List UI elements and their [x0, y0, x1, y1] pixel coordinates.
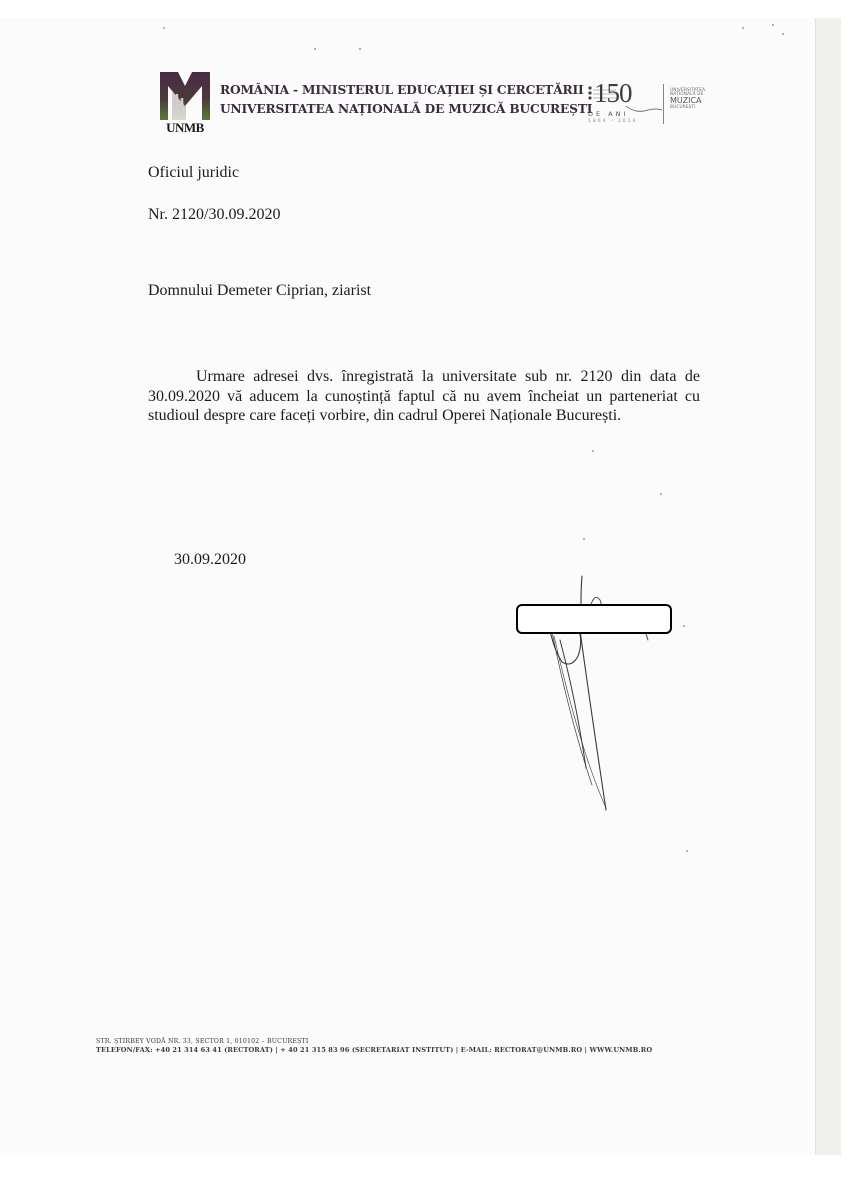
recipient-line: Domnului Demeter Ciprian, ziarist	[148, 282, 371, 300]
scan-speck	[686, 850, 688, 852]
reference-number: Nr. 2120/30.09.2020	[148, 206, 280, 224]
anniversary-number: 150	[594, 78, 632, 109]
letterhead-divider	[663, 84, 664, 124]
department-name: Oficiul juridic	[148, 164, 239, 182]
logo-caption: UNMB	[158, 120, 212, 136]
signature-redaction-box	[516, 604, 672, 634]
scan-speck	[592, 450, 594, 452]
anniversary-years: 1864 - 2014	[588, 119, 637, 124]
body-paragraph: Urmare adresei dvs. înregistrată la univ…	[148, 367, 700, 426]
unmb-logo: UNMB	[158, 70, 212, 134]
anniversary-logo: 150 DE ANI 1864 - 2014	[586, 80, 666, 126]
letterhead: UNMB ROMÂNIA - MINISTERUL EDUCAȚIEI ȘI C…	[158, 70, 728, 136]
scan-speck	[772, 24, 774, 26]
scan-speck	[660, 493, 662, 495]
unmb-emblem-icon	[158, 70, 212, 122]
mini-logo-line: BUCUREȘTI	[670, 105, 730, 109]
body-paragraph-text: Urmare adresei dvs. înregistrată la univ…	[148, 368, 700, 424]
ministry-heading: ROMÂNIA - MINISTERUL EDUCAȚIEI ȘI CERCET…	[220, 83, 584, 97]
footer-contact: TELEFON/FAX: +40 21 314 63 41 (RECTORAT)…	[96, 1046, 652, 1055]
scan-speck	[742, 27, 744, 29]
scan-speck	[314, 48, 316, 50]
footer-address: STR. ȘTIRBEY VODĂ NR. 33, SECTOR 1, 0101…	[96, 1037, 652, 1046]
scan-edge-strip	[815, 18, 841, 1155]
scan-speck	[163, 27, 165, 29]
university-mini-logo: UNIVERSITATEA NAȚIONALĂ DE MUZICA BUCURE…	[670, 88, 730, 110]
signature-date: 30.09.2020	[174, 551, 246, 569]
university-heading: UNIVERSITATEA NAȚIONALĂ DE MUZICĂ BUCURE…	[220, 102, 592, 116]
scan-speck	[359, 48, 361, 50]
scan-speck	[782, 33, 784, 35]
scan-speck	[583, 538, 585, 540]
letterhead-footer: STR. ȘTIRBEY VODĂ NR. 33, SECTOR 1, 0101…	[96, 1037, 652, 1055]
anniversary-label: DE ANI	[588, 110, 628, 118]
